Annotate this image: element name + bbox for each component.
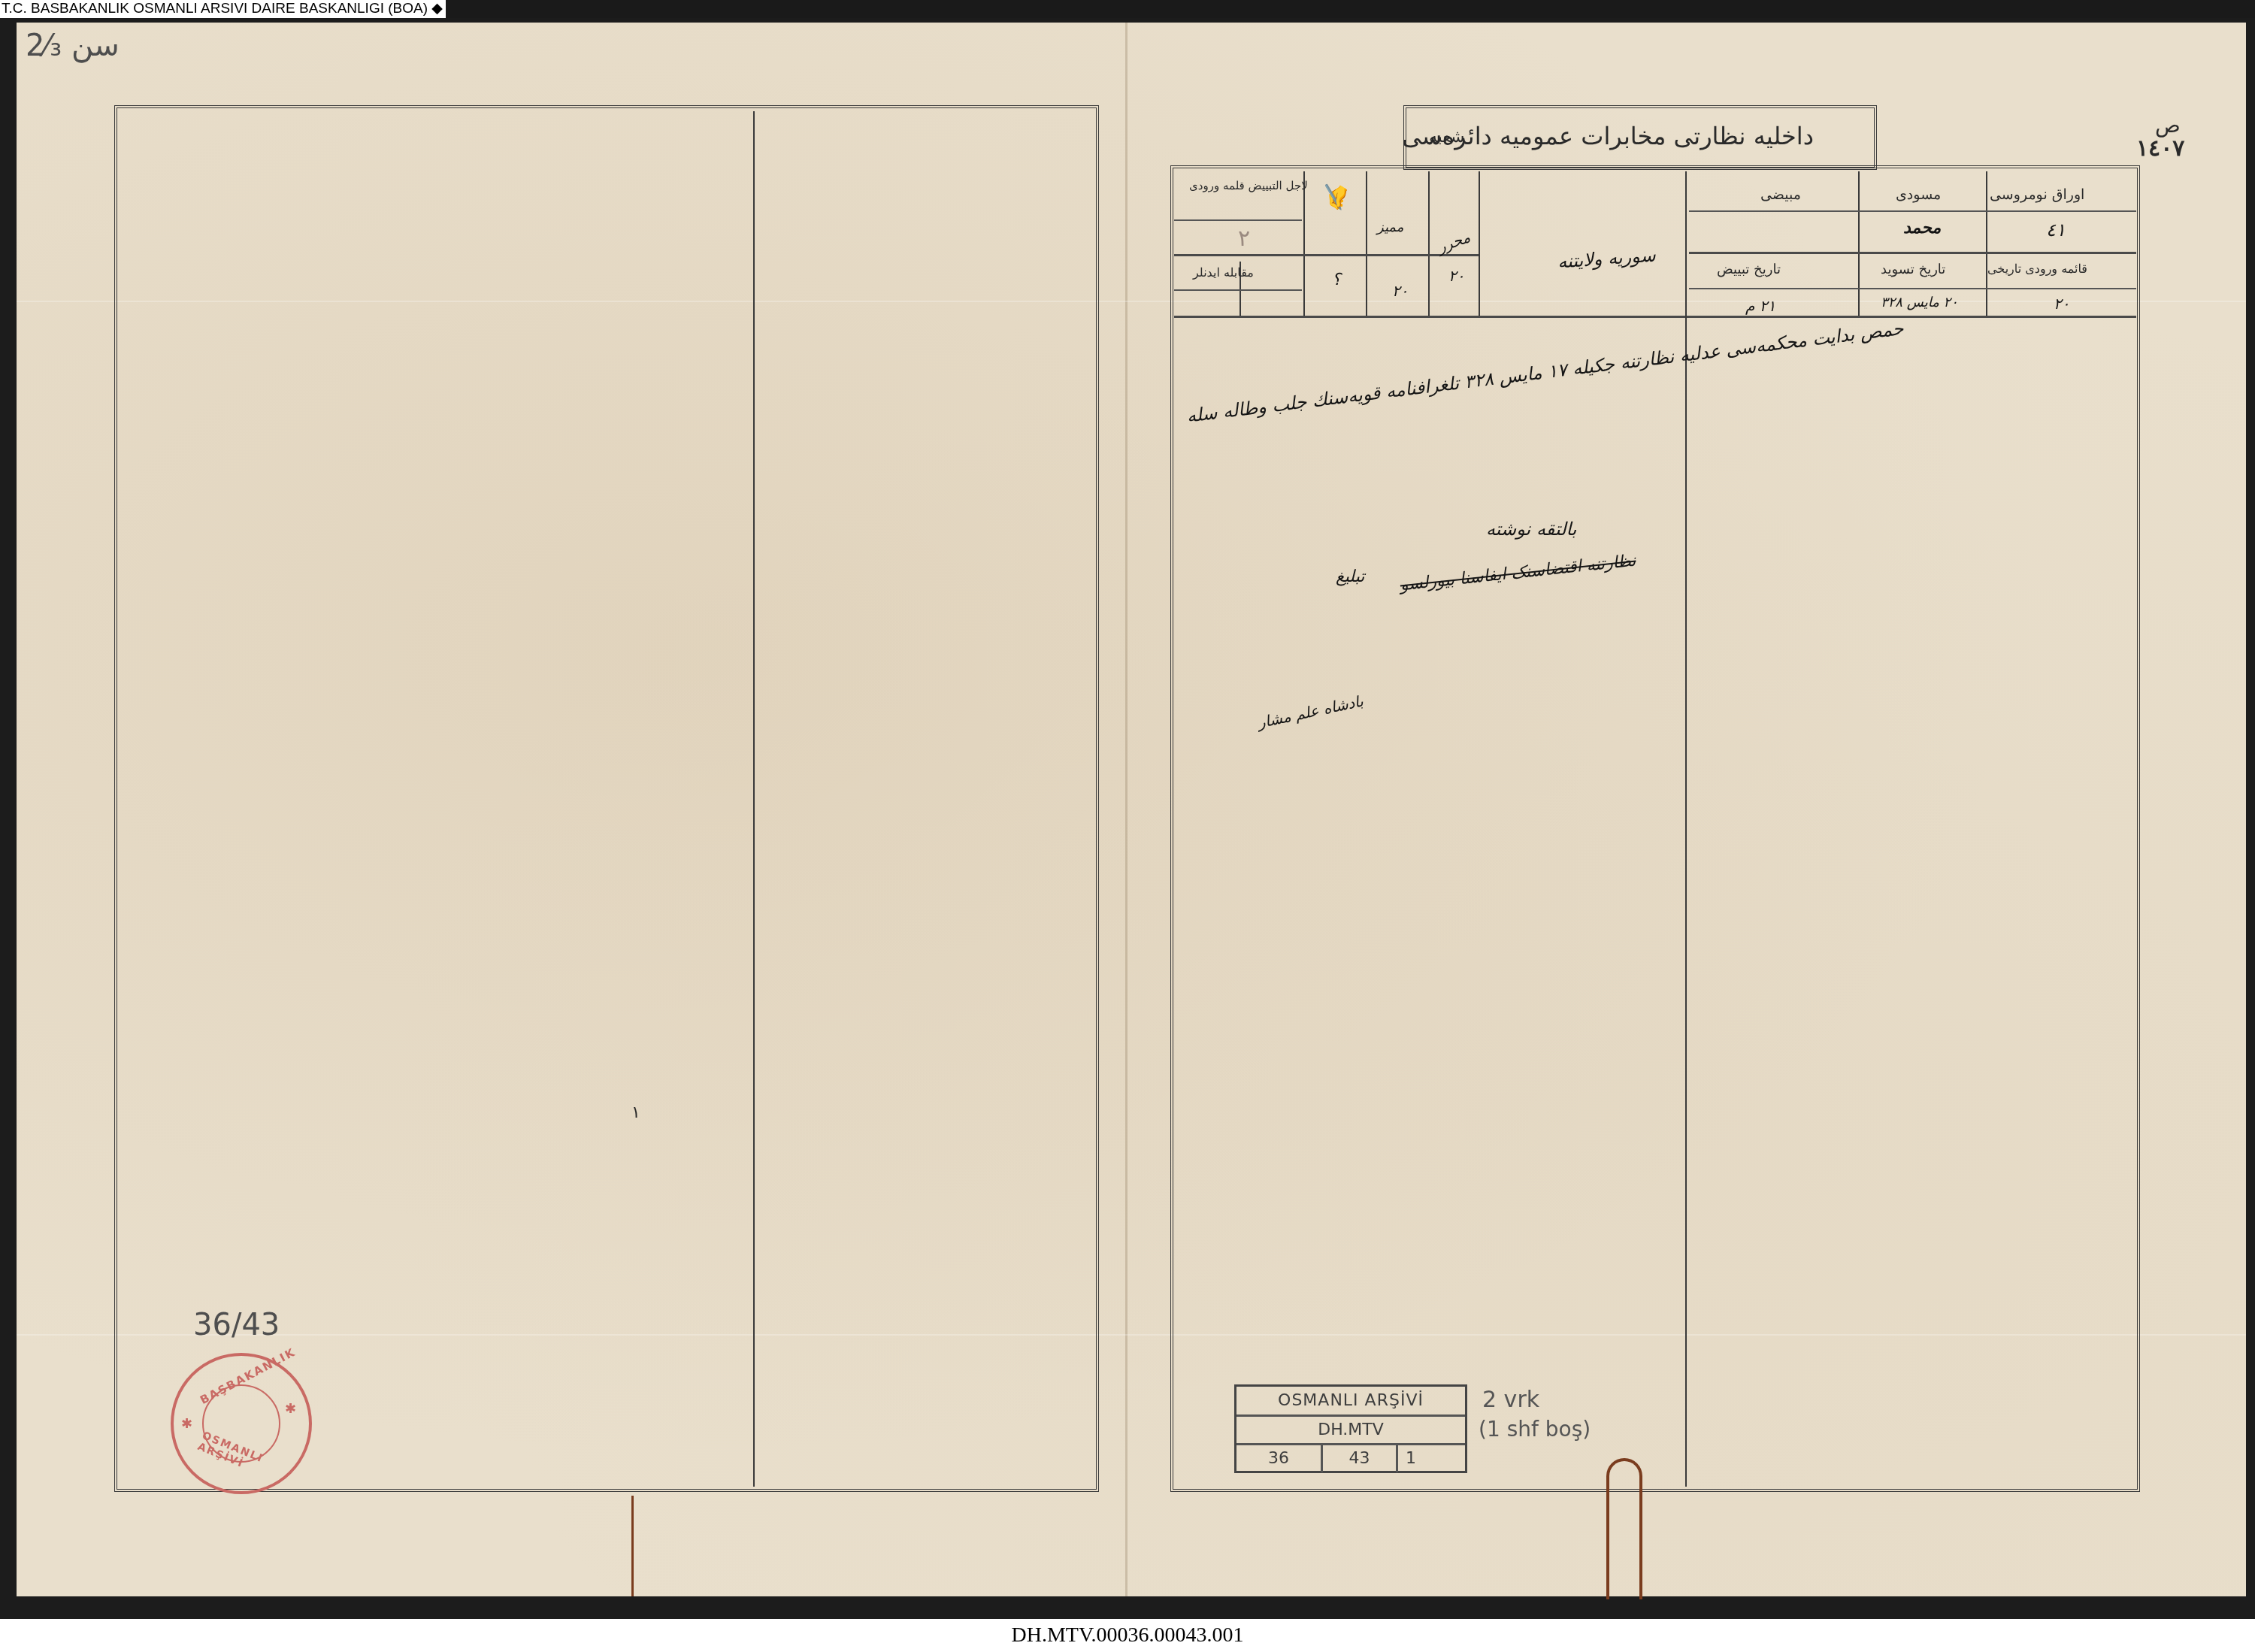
pencil-note-line-1: 2 vrk [1482,1387,1539,1413]
form-col-divider [1479,171,1480,316]
department-title-box: داخليه نظارتی مخابرات عموميه دائره‌سی شع… [1403,105,1877,170]
archive-box-title: OSMANLI ARŞİVİ [1236,1387,1465,1417]
page-number: ١٤٠٧ [2136,135,2184,162]
form-col-divider [1858,171,1860,316]
body-line-2: بالتقه نوشته [1486,519,1576,540]
page-mark: ص [2155,113,2181,138]
col-fair-copy-date-label: تاريخ تبييض [1717,262,1781,277]
form-col-divider [1366,171,1367,316]
archive-box-fund: DH.MTV [1236,1417,1465,1445]
archive-header-label: T.C. BASBAKANLIK OSMANLI ARSIVI DAIRE BA… [0,0,446,18]
archive-page-number: 1 [1398,1445,1473,1472]
col-for-fair-copy-label: لاجل التبييض قلمه ورودی [1189,179,1308,192]
corner-note: 2⁄₃ سن [26,29,120,63]
col-clerk-label: مبيضی [1760,186,1801,203]
papers-number-value: ٤١ [2046,219,2066,241]
form-row-rule [1174,289,1302,291]
body-line-4: تبليغ [1336,567,1364,586]
form-main-divider [1685,171,1687,1487]
small-col-value-1: ٢٠ [1448,267,1464,285]
left-page-column-divider [753,111,755,1487]
arrival-date-value: ٢٠ [2054,295,2069,313]
form-header-bottom-rule [1174,316,2136,318]
archive-stamp: BAŞBAKANLIK OSMANLI ARŞİVİ ✱ ✱ [171,1353,312,1494]
pencil-reference: 36/43 [193,1308,280,1342]
form-row-rule [1689,252,2136,254]
archive-file-number: 43 [1323,1445,1398,1472]
small-col-value-3: ؟ [1332,271,1341,289]
document-id-footer: DH.MTV.00036.00043.001 [0,1619,2255,1652]
section-label: شعبه [1429,128,1464,147]
draft-date-value: ٢٠ مايس ٣٢٨ [1881,295,1958,310]
left-page-frame [114,105,1099,1492]
form-col-divider [1986,171,1987,316]
document-paper: 2⁄₃ سن ١ 36/43 BAŞBAKANLIK OSMANLI ARŞİV… [17,23,2246,1596]
form-row-rule [1174,254,1479,256]
staple-clip-mark [1606,1458,1642,1599]
col-arrival-date-label: قائمه ورودی تاريخی [1987,262,2087,276]
drafter-value: محمد [1903,218,1941,238]
small-col-top-2: مميز [1377,219,1403,235]
form-row-rule [1689,288,2136,289]
for-fair-copy-value: ٢ [1238,225,1250,252]
center-fold [1125,23,1127,1596]
form-row-rule [1689,210,2136,212]
fair-copy-date-value: ٢١ م [1745,297,1775,315]
col-drafter-label: مسودی [1896,186,1941,203]
col-draft-date-label: تاريخ تسويد [1881,262,1945,277]
star-icon: ✱ [285,1401,298,1417]
archive-reference-box: OSMANLI ARŞİVİ DH.MTV 36 43 1 [1234,1384,1467,1473]
col-papers-number-label: اوراق نومروسی [1990,186,2084,203]
col-collated-by-label: مقابله ايدنلر [1193,265,1254,280]
stray-mark: ١ [631,1103,640,1122]
form-col-divider [1428,171,1430,316]
small-col-value-2: ٢٠ [1392,282,1408,300]
pencil-note-line-2: (1 shf boş) [1479,1417,1591,1442]
form-col-divider [1303,171,1305,316]
archive-box-number: 36 [1236,1445,1323,1472]
scanned-document: 2⁄₃ سن ١ 36/43 BAŞBAKANLIK OSMANLI ARŞİV… [0,18,2255,1619]
rust-stain [631,1496,634,1596]
star-icon: ✱ [181,1416,194,1432]
form-row-rule [1174,219,1302,221]
